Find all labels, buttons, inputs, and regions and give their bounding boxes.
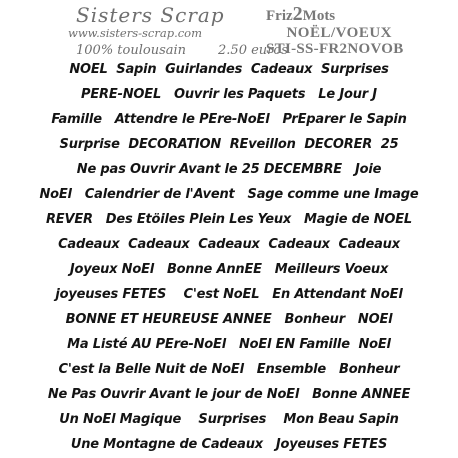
brand-logo: Sisters Scrap xyxy=(68,4,248,26)
word-line-6: NoEl Calendrier de l'Avent Sage comme un… xyxy=(0,182,458,208)
word-line-14: Ne Pas Ouvrir Avant le jour de NoEl Bonn… xyxy=(0,382,458,408)
seller-info: Sisters Scrap www.sisters-scrap.com 100%… xyxy=(68,4,248,59)
product-name: Friz2Mots xyxy=(266,6,392,25)
word-sheet: NOEL Sapin Guirlandes Cadeaux Surprises … xyxy=(0,57,458,457)
website-url: www.sisters-scrap.com xyxy=(68,26,248,41)
product-info: Friz2Mots NOËL/VOEUX STI-SS-FR2NOVOB xyxy=(266,6,392,57)
product-name-num: 2 xyxy=(293,3,303,25)
word-line-8: Cadeaux Cadeaux Cadeaux Cadeaux Cadeaux xyxy=(0,232,458,258)
word-line-5: Ne pas Ouvrir Avant le 25 DECEMBRE Joie xyxy=(0,157,458,183)
word-line-4: Surprise DECORATION REveillon DECORER 25 xyxy=(0,132,458,158)
word-line-16: Une Montagne de Cadeaux Joyeuses FETES xyxy=(0,432,458,458)
word-line-15: Un NoEl Magique Surprises Mon Beau Sapin xyxy=(0,407,458,433)
product-name-pre: Friz xyxy=(266,8,293,24)
word-line-3: Famille Attendre le PEre-NoEl PrEparer l… xyxy=(0,107,458,133)
product-name-post: Mots xyxy=(303,8,336,24)
word-line-13: C'est la Belle Nuit de NoEl Ensemble Bon… xyxy=(0,357,458,383)
word-line-2: PERE-NOEL Ouvrir les Paquets Le Jour J xyxy=(0,82,458,108)
word-line-10: joyeuses FETES C'est NoEL En Attendant N… xyxy=(0,282,458,308)
word-line-9: Joyeux NoEl Bonne AnnEE Meilleurs Voeux xyxy=(0,257,458,283)
product-code: STI-SS-FR2NOVOB xyxy=(266,41,392,57)
product-theme: NOËL/VOEUX xyxy=(266,25,392,41)
word-line-11: BONNE ET HEUREUSE ANNEE Bonheur NOEl xyxy=(0,307,458,333)
word-line-7: REVER Des Etöiles Plein Les Yeux Magie d… xyxy=(0,207,458,233)
product-sheet-image: Sisters Scrap www.sisters-scrap.com 100%… xyxy=(0,0,458,458)
word-line-12: Ma Listé AU PEre-NoEl NoEl EN Famille No… xyxy=(0,332,458,358)
word-line-1: NOEL Sapin Guirlandes Cadeaux Surprises xyxy=(0,57,458,83)
